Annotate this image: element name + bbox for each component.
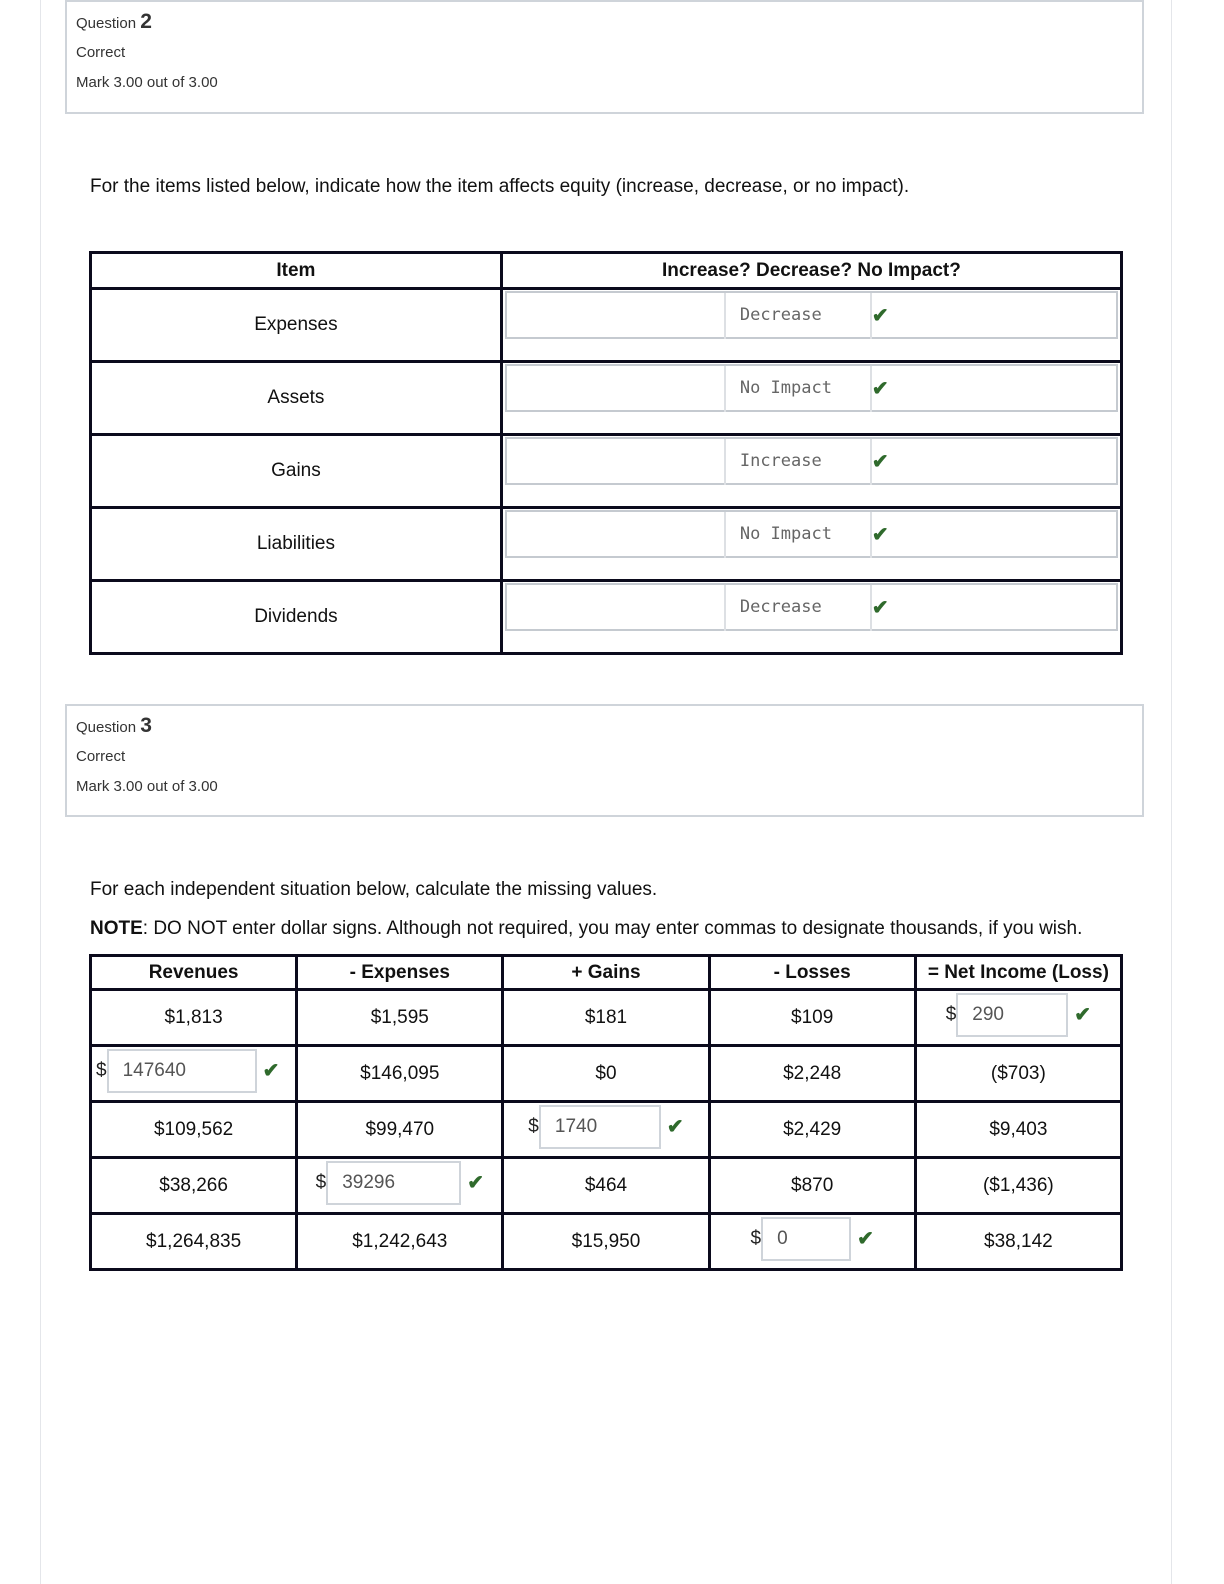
question-number-value: 2 [140,10,152,33]
table-row: $ 147640 ✔ $146,095$0$2,248($703) [91,1046,1122,1102]
impact-cell: No Impact ✔ [501,362,1121,435]
answer-container: $ 39296 ✔ [298,1161,501,1205]
question-number: Question 3 [76,714,1133,738]
value-cell: $15,950 [503,1214,709,1270]
correct-check-icon: ✔ [872,449,889,474]
header-item: Item [91,253,502,289]
input-cell: $ 0 ✔ [709,1214,915,1270]
question-label: Question [76,15,136,32]
table-row: Assets No Impact ✔ [91,362,1122,435]
impact-select[interactable]: No Impact [724,512,872,558]
impact-select[interactable]: Increase [724,439,872,485]
correct-check-icon: ✔ [1074,1002,1091,1027]
value-cell: $38,266 [91,1158,297,1214]
table-row: $38,266 $ 39296 ✔ $464$870($1,436) [91,1158,1122,1214]
value-cell: $464 [503,1158,709,1214]
question-3-note: NOTE: DO NOT enter dollar signs. Althoug… [90,918,1082,940]
table-row: $109,562$99,470 $ 1740 ✔ $2,429$9,403 [91,1102,1122,1158]
answer-container: $ 1740 ✔ [504,1105,707,1149]
input-cell: $ 1740 ✔ [503,1102,709,1158]
dollar-prefix: $ [316,1172,327,1194]
header-impact: Increase? Decrease? No Impact? [501,253,1121,289]
answer-input[interactable]: 0 [761,1217,851,1261]
note-label: NOTE [90,918,143,939]
answer-container: $ 0 ✔ [711,1217,914,1261]
question-2-info: Question 2 Correct Mark 3.00 out of 3.00 [65,0,1144,114]
correct-check-icon: ✔ [872,376,889,401]
net-income-table: Revenues - Expenses + Gains - Losses = N… [89,954,1123,1271]
correct-check-icon: ✔ [667,1114,684,1139]
header-expenses: - Expenses [297,956,503,990]
header-revenues: Revenues [91,956,297,990]
answer-container: Increase ✔ [505,437,1118,485]
question-state: Correct [76,44,1133,61]
item-label: Dividends [91,581,502,654]
table-row: $1,264,835$1,242,643$15,950 $ 0 ✔ $38,14… [91,1214,1122,1270]
value-cell: ($703) [915,1046,1121,1102]
header-losses: - Losses [709,956,915,990]
correct-check-icon: ✔ [857,1226,874,1251]
value-cell: $2,248 [709,1046,915,1102]
note-text: : DO NOT enter dollar signs. Although no… [143,918,1083,939]
question-number: Question 2 [76,10,1133,34]
table-row: Dividends Decrease ✔ [91,581,1122,654]
value-cell: $1,595 [297,990,503,1046]
value-cell: $870 [709,1158,915,1214]
correct-check-icon: ✔ [872,522,889,547]
question-state: Correct [76,748,1133,765]
header-net-income: = Net Income (Loss) [915,956,1121,990]
dollar-prefix: $ [750,1228,761,1250]
impact-cell: Decrease ✔ [501,289,1121,362]
value-cell: $0 [503,1046,709,1102]
answer-input[interactable]: 290 [956,993,1068,1037]
input-cell: $ 39296 ✔ [297,1158,503,1214]
question-3-prompt: For each independent situation below, ca… [90,879,657,901]
value-cell: $1,264,835 [91,1214,297,1270]
answer-input[interactable]: 1740 [539,1105,661,1149]
question-number-value: 3 [140,714,152,737]
question-label: Question [76,719,136,736]
value-cell: $109 [709,990,915,1046]
answer-container: Decrease ✔ [505,291,1118,339]
correct-check-icon: ✔ [872,303,889,328]
dollar-prefix: $ [946,1004,957,1026]
item-label: Expenses [91,289,502,362]
table-row: Gains Increase ✔ [91,435,1122,508]
value-cell: $9,403 [915,1102,1121,1158]
answer-container: $ 290 ✔ [917,993,1120,1037]
value-cell: $2,429 [709,1102,915,1158]
value-cell: $38,142 [915,1214,1121,1270]
input-cell: $ 290 ✔ [915,990,1121,1046]
correct-check-icon: ✔ [467,1170,484,1195]
answer-container: No Impact ✔ [505,510,1118,558]
correct-check-icon: ✔ [872,595,889,620]
question-2-prompt: For the items listed below, indicate how… [90,176,909,198]
question-grade: Mark 3.00 out of 3.00 [76,74,1133,91]
value-cell: $109,562 [91,1102,297,1158]
impact-cell: No Impact ✔ [501,508,1121,581]
answer-container: $ 147640 ✔ [92,1049,295,1093]
answer-container: No Impact ✔ [505,364,1118,412]
value-cell: $1,813 [91,990,297,1046]
impact-cell: Decrease ✔ [501,581,1121,654]
value-cell: $146,095 [297,1046,503,1102]
value-cell: $181 [503,990,709,1046]
item-label: Assets [91,362,502,435]
table-row: Expenses Decrease ✔ [91,289,1122,362]
impact-select[interactable]: Decrease [724,585,872,631]
input-cell: $ 147640 ✔ [91,1046,297,1102]
correct-check-icon: ✔ [263,1058,280,1083]
table-row: $1,813$1,595$181$109 $ 290 ✔ [91,990,1122,1046]
table-row: Liabilities No Impact ✔ [91,508,1122,581]
value-cell: $1,242,643 [297,1214,503,1270]
question-3-info: Question 3 Correct Mark 3.00 out of 3.00 [65,704,1144,817]
value-cell: ($1,436) [915,1158,1121,1214]
answer-container: Decrease ✔ [505,583,1118,631]
value-cell: $99,470 [297,1102,503,1158]
question-grade: Mark 3.00 out of 3.00 [76,778,1133,795]
dollar-prefix: $ [96,1060,107,1082]
impact-select[interactable]: No Impact [724,366,872,412]
dollar-prefix: $ [528,1116,539,1138]
impact-cell: Increase ✔ [501,435,1121,508]
item-label: Gains [91,435,502,508]
equity-impact-table: Item Increase? Decrease? No Impact? Expe… [89,251,1123,655]
answer-input[interactable]: 147640 [107,1049,257,1093]
item-label: Liabilities [91,508,502,581]
impact-select[interactable]: Decrease [724,293,872,339]
header-gains: + Gains [503,956,709,990]
answer-input[interactable]: 39296 [326,1161,461,1205]
